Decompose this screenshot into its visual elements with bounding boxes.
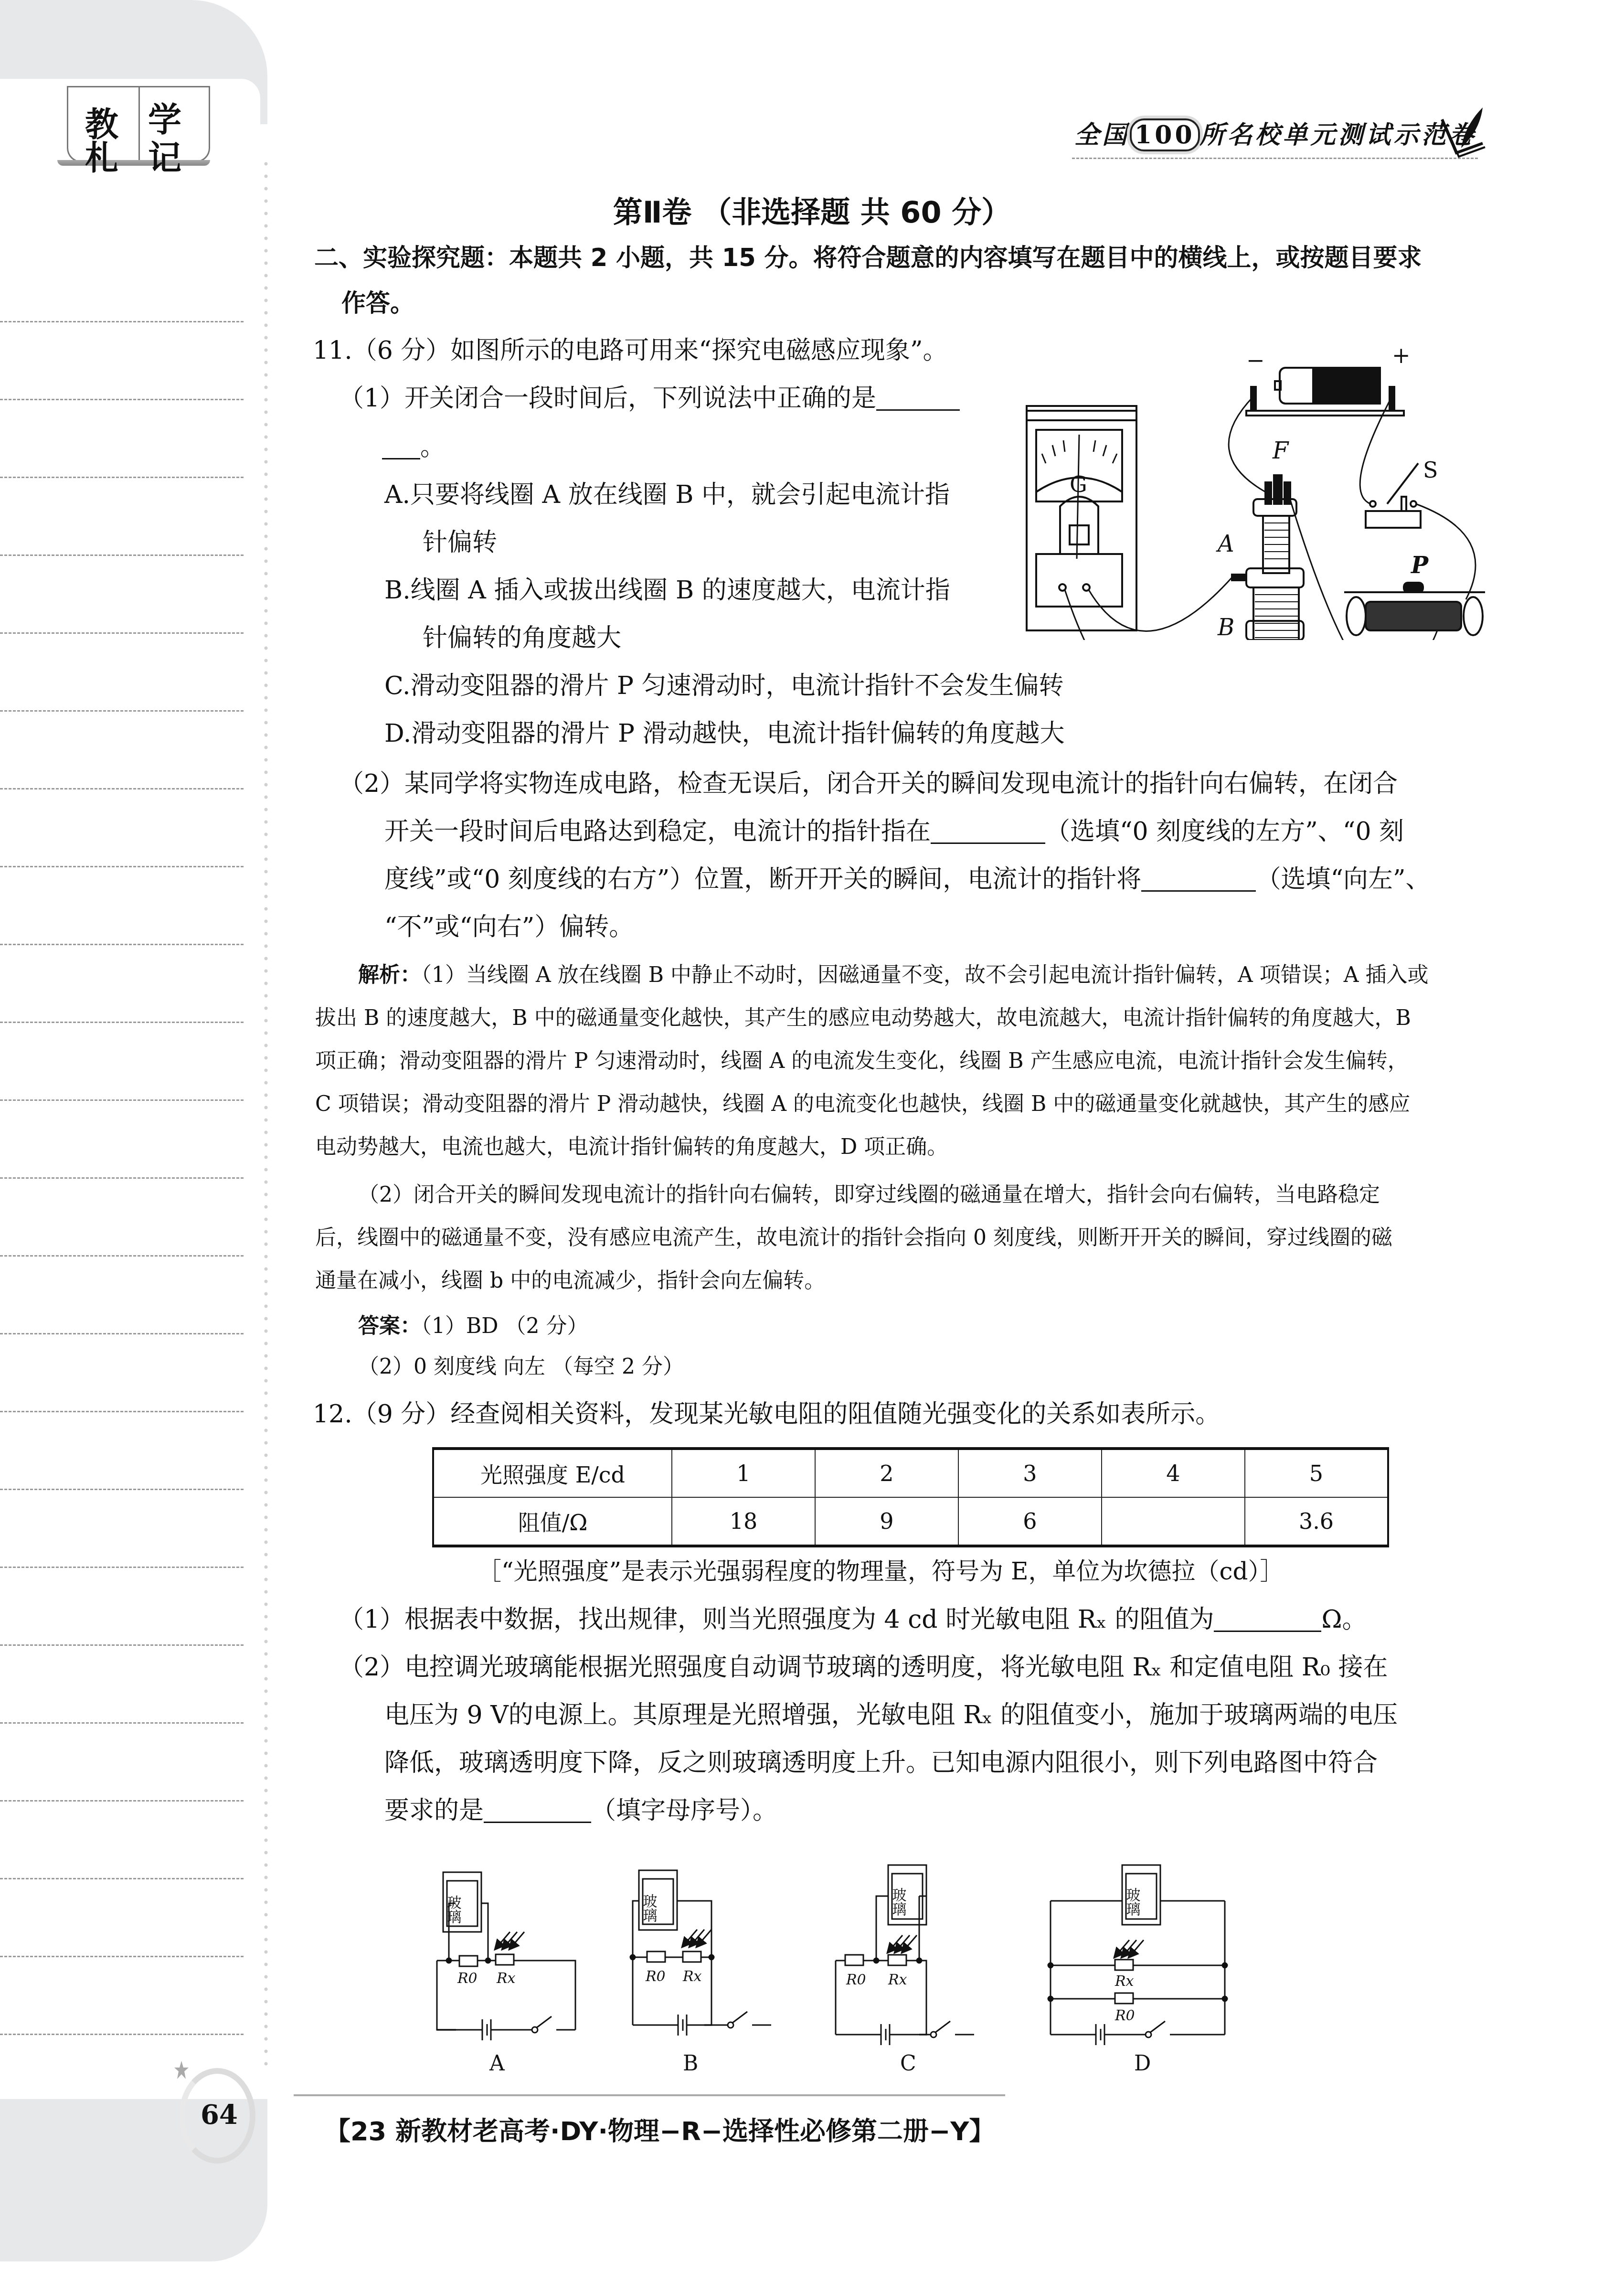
note-line	[0, 788, 244, 789]
text: （选填“向左”、	[1256, 865, 1430, 894]
circuit-a-label: A	[489, 2051, 505, 2073]
q11-option-d[interactable]: D.滑动变阻器的滑片 P 滑动越快，电流计指针偏转的角度越大	[384, 721, 1064, 746]
analysis-line: 项正确；滑动变阻器的滑片 P 匀速滑动时，线圈 A 的电流发生变化，线圈 B 产…	[315, 1051, 1409, 1072]
q11-analysis: 解析：（1）当线圈 A 放在线圈 B 中静止不动时，因磁通量不变，故不会引起电流…	[358, 965, 1429, 986]
analysis-line: 电动势越大，电流也越大，电流计指针偏转的角度越大，D 项正确。	[315, 1137, 948, 1158]
glass-label: 玻璃	[890, 1887, 907, 1916]
q12-part1: （1）根据表中数据，找出规律，则当光照强度为 4 cd 时光敏电阻 Rₓ 的阻值…	[339, 1607, 1367, 1632]
table-cell: 9	[815, 1497, 958, 1546]
option-label: A.	[384, 480, 410, 509]
option-text: 滑动变阻器的滑片 P 滑动越快，电流计指针偏转的角度越大	[411, 719, 1064, 748]
note-line	[0, 2034, 244, 2035]
quill-paper-icon	[1437, 105, 1490, 162]
table-cell: 18	[672, 1497, 815, 1546]
photoresistor-table: 光照强度 E/cd 1 2 3 4 5 阻值/Ω 18 9 6 3.6	[432, 1447, 1389, 1547]
glass-label: 玻璃	[445, 1895, 462, 1924]
q12-answer-blank-2[interactable]	[484, 1798, 591, 1823]
q11-answer: 答案：（1）BD （2 分）	[358, 1316, 588, 1337]
note-line	[0, 1800, 244, 1802]
r0-label: R0	[846, 1972, 866, 1988]
r0-label: R0	[1115, 2007, 1135, 2024]
glass-label: 玻璃	[1124, 1887, 1141, 1916]
q11-part2-line3: 度线”或“0 刻度线的右方”）位置，断开开关的瞬间，电流计的指针将（选填“向左”…	[384, 867, 1431, 892]
option-text: 只要将线圈 A 放在线圈 B 中，就会引起电流计指	[410, 480, 950, 509]
q12-part2-line2: 电压为 9 V的电源上。其原理是光照增强，光敏电阻 Rₓ 的阻值变小，施加于玻璃…	[384, 1703, 1398, 1727]
q11-option-b[interactable]: B.线圈 A 插入或拔出线圈 B 的速度越大，电流计指	[384, 578, 950, 603]
star-icon	[174, 2061, 189, 2080]
section-title: 第Ⅱ卷 （非选择题 共 60 分）	[0, 189, 1624, 231]
circuit-d-label: D	[1134, 2051, 1151, 2073]
note-line	[0, 1878, 244, 1879]
note-line	[0, 1099, 244, 1101]
note-line	[0, 477, 244, 478]
q11-answer-blank-3[interactable]	[1141, 867, 1256, 892]
switch-icon	[1366, 463, 1421, 528]
option-label: B.	[384, 576, 411, 605]
r0-label: R0	[457, 1970, 478, 1987]
brand-prefix: 全国	[1074, 120, 1130, 149]
q11-stem: 11.（6 分）如图所示的电路可用来“探究电磁感应现象”。	[313, 338, 947, 363]
q11-part2-line2: 开关一段时间后电路达到稳定，电流计的指针指在（选填“0 刻度线的左方”、“0 刻	[384, 819, 1404, 844]
q11-option-a-cont: 针偏转	[423, 530, 497, 555]
label-p: P	[1410, 552, 1429, 579]
q11-option-b-cont: 针偏转的角度越大	[423, 626, 621, 650]
teaching-notes-logo: 教 学 札 记	[57, 81, 210, 177]
rx-label: Rx	[496, 1970, 516, 1987]
circuit-b-label: B	[683, 2051, 698, 2073]
circuit-options: 玻璃 R0 Rx A 玻璃 R0 Rx B 玻璃 R0 Rx C 玻璃 Rx R…	[430, 1853, 1480, 2073]
label-b: B	[1217, 614, 1234, 640]
analysis-label: 解析：	[358, 963, 421, 987]
rheostat-icon	[1344, 583, 1485, 635]
label-pos: +	[1392, 342, 1411, 368]
analysis-line: 拔出 B 的速度越大，B 中的磁通量变化越快，其产生的感应电动势越大，故电流越大…	[315, 1008, 1411, 1029]
logo-char: 记	[148, 131, 181, 180]
q11-option-c[interactable]: C.滑动变阻器的滑片 P 匀速滑动时，电流计指针不会发生偏转	[384, 673, 1064, 698]
note-line	[0, 1956, 244, 1957]
rx-label: Rx	[682, 1968, 702, 1985]
q12-part2: （2）电控调光玻璃能根据光照强度自动调节玻璃的透明度，将光敏电阻 Rₓ 和定值电…	[339, 1655, 1388, 1680]
table-cell: 1	[672, 1449, 815, 1497]
logo-char: 札	[85, 131, 118, 180]
circuit-c-label: C	[900, 2051, 916, 2073]
note-line	[0, 1567, 244, 1568]
text: （1）根据表中数据，找出规律，则当光照强度为 4 cd 时光敏电阻 Rₓ 的阻值…	[339, 1605, 1214, 1634]
note-line	[0, 1722, 244, 1724]
table-cell: 5	[1245, 1449, 1388, 1497]
q12-answer-blank-1[interactable]	[1214, 1607, 1321, 1632]
text: （选填“0 刻度线的左方”、“0 刻	[1045, 817, 1404, 846]
q11-part2-line4: “不”或“向右”）偏转。	[384, 915, 634, 939]
binding-dots	[264, 158, 268, 2068]
r0-label: R0	[645, 1968, 666, 1985]
section-instruction-cont: 作答。	[341, 291, 414, 316]
note-line	[0, 944, 244, 945]
battery-icon	[1246, 368, 1404, 416]
note-line	[0, 1489, 244, 1490]
brand-number: 100	[1130, 118, 1200, 151]
q12-part2-line3: 降低，玻璃透明度下降，反之则玻璃透明度上升。已知电源内阻很小，则下列电路图中符合	[384, 1750, 1378, 1775]
galvanometer-icon	[1027, 406, 1136, 630]
electromagnetic-induction-apparatus: F A B P R G S − +	[1008, 334, 1533, 640]
table-cell-empty	[1102, 1497, 1245, 1546]
table-row: 光照强度 E/cd 1 2 3 4 5	[433, 1449, 1388, 1497]
q12-part2-line4: 要求的是（填字母序号）。	[384, 1798, 777, 1823]
note-line	[0, 1411, 244, 1412]
book-base-icon	[57, 160, 210, 166]
section-instruction: 二、实验探究题：本题共 2 小题，共 15 分。将符合题意的内容填写在题目中的横…	[314, 246, 1422, 270]
page-number: 64	[201, 2099, 238, 2131]
note-line	[0, 1644, 244, 1646]
note-line	[0, 866, 244, 867]
note-line	[0, 1255, 244, 1257]
footer-divider	[294, 2094, 1005, 2096]
note-line	[0, 1177, 244, 1179]
label-g: G	[1070, 471, 1087, 497]
text: （填字母序号）。	[591, 1796, 777, 1825]
option-label: D.	[384, 719, 411, 748]
text: Ω。	[1321, 1605, 1367, 1634]
q11-option-a[interactable]: A.只要将线圈 A 放在线圈 B 中，就会引起电流计指	[384, 482, 950, 507]
table-cell: 3	[958, 1449, 1102, 1497]
table-row: 阻值/Ω 18 9 6 3.6	[433, 1497, 1388, 1546]
table-cell: 3.6	[1245, 1497, 1388, 1546]
q12-stem: 12.（9 分）经查阅相关资料，发现某光敏电阻的阻值随光强变化的关系如表所示。	[313, 1402, 1220, 1427]
label-f: F	[1272, 437, 1289, 464]
q12-note: ［“光照强度”是表示光强弱程度的物理量，符号为 E，单位为坎德拉（cd）］	[478, 1559, 1284, 1583]
text: 要求的是	[384, 1796, 484, 1825]
answer-label: 答案：	[358, 1314, 421, 1338]
option-label: C.	[384, 672, 410, 700]
note-line	[0, 321, 244, 322]
analysis-line: 通量在减小，线圈 b 中的电流减少，指针会向左偏转。	[315, 1270, 825, 1291]
q11-part1: （1）开关闭合一段时间后，下列说法中正确的是	[339, 386, 960, 411]
row-header: 阻值/Ω	[433, 1497, 672, 1546]
rx-label: Rx	[1115, 1973, 1134, 1990]
series-brand: 全国100所名校单元测试示范卷	[1074, 115, 1477, 151]
note-line	[0, 399, 244, 400]
q11-answer-blank-1-cont[interactable]	[382, 435, 420, 459]
analysis-text: （1）当线圈 A 放在线圈 B 中静止不动时，因磁通量不变，故不会引起电流计指针…	[421, 963, 1429, 987]
note-line	[0, 710, 244, 712]
q11-part2: （2）某同学将实物连成电路，检查无误后，闭合开关的瞬间发现电流计的指针向右偏转，…	[339, 771, 1398, 796]
table-cell: 4	[1102, 1449, 1245, 1497]
q11-answer-2: （2）0 刻度线 向左 （每空 2 分）	[358, 1356, 684, 1377]
glass-label: 玻璃	[640, 1894, 658, 1922]
label-a: A	[1216, 531, 1234, 557]
period: 。	[420, 433, 445, 461]
table-cell: 2	[815, 1449, 958, 1497]
coil-assembly-icon	[1232, 475, 1304, 640]
q11-part1-cont: 。	[382, 435, 445, 459]
table-cell: 6	[958, 1497, 1102, 1546]
analysis-line: （2）闭合开关的瞬间发现电流计的指针向右偏转，即穿过线圈的磁通量在增大，指针会向…	[358, 1184, 1380, 1205]
notes-margin	[0, 79, 260, 2061]
rx-label: Rx	[888, 1972, 907, 1988]
text: 度线”或“0 刻度线的右方”）位置，断开开关的瞬间，电流计的指针将	[384, 865, 1141, 894]
note-line	[0, 1333, 244, 1334]
option-text: 线圈 A 插入或拔出线圈 B 的速度越大，电流计指	[411, 576, 950, 605]
note-line	[0, 632, 244, 634]
text: 开关一段时间后电路达到稳定，电流计的指针指在	[384, 817, 931, 846]
answer-text: （1）BD （2 分）	[421, 1314, 588, 1338]
q11-part1-text: （1）开关闭合一段时间后，下列说法中正确的是	[339, 384, 876, 413]
analysis-line: C 项错误；滑动变阻器的滑片 P 滑动越快，线圈 A 的电流变化也越快，线圈 B…	[315, 1094, 1410, 1115]
book-info: 【23 新教材老高考·DY·物理−R−选择性必修第二册−Y】	[325, 2111, 995, 2148]
brand-suffix: 所名校单元测试示范卷	[1200, 120, 1477, 149]
row-header: 光照强度 E/cd	[433, 1449, 672, 1497]
label-neg: −	[1246, 347, 1265, 373]
q11-answer-blank-2[interactable]	[931, 819, 1045, 844]
note-line	[0, 554, 244, 556]
q11-answer-blank-1[interactable]	[876, 386, 960, 411]
note-line	[0, 1022, 244, 1023]
header-divider	[1072, 158, 1478, 159]
option-text: 滑动变阻器的滑片 P 匀速滑动时，电流计指针不会发生偏转	[410, 672, 1063, 700]
analysis-line: 后，线圈中的磁通量不变，没有感应电流产生，故电流计的指针会指向 0 刻度线，则断…	[315, 1227, 1392, 1248]
label-s: S	[1423, 457, 1438, 483]
